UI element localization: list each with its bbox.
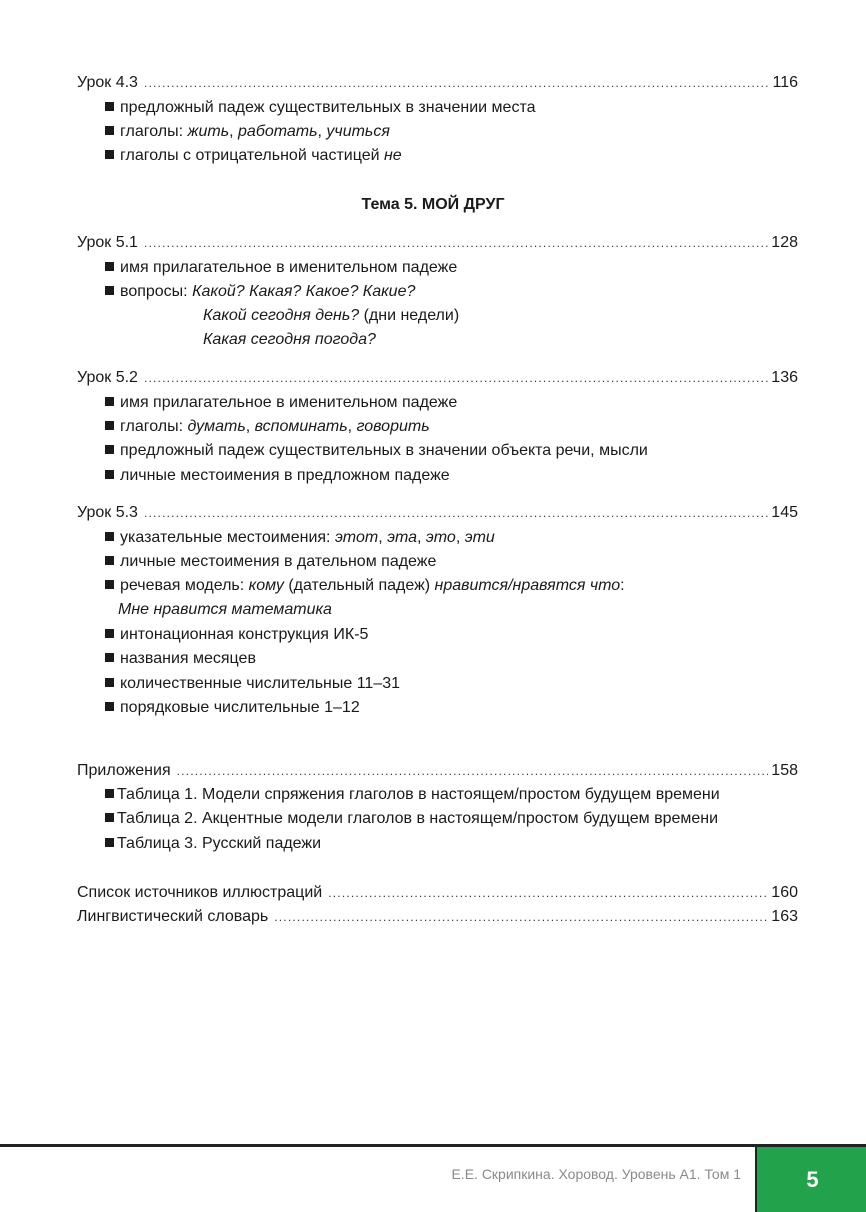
leader-dots: [144, 71, 770, 95]
list-item: глаголы с отрицательной частицей не: [77, 144, 826, 168]
square-bullet-icon: [105, 470, 114, 479]
list-item: личные местоимения в предложном падеже: [77, 464, 826, 488]
square-bullet-icon: [105, 397, 114, 406]
square-bullet-icon: [105, 445, 114, 454]
square-bullet-icon: [105, 150, 114, 159]
square-bullet-icon: [105, 532, 114, 541]
list-item: интонационная конструкция ИК-5: [77, 623, 826, 647]
square-bullet-icon: [105, 556, 114, 565]
toc-page-number: 116: [769, 71, 798, 95]
square-bullet-icon: [105, 838, 114, 847]
square-bullet-icon: [105, 789, 114, 798]
toc-entry-label: Лингвистический словарь: [77, 905, 274, 929]
page-number-badge: 5: [755, 1147, 866, 1212]
list-item: вопросы: Какой? Какая? Какое? Какие?: [77, 280, 826, 304]
square-bullet-icon: [105, 102, 114, 111]
square-bullet-icon: [105, 653, 114, 662]
list-item: предложный падеж существительных в значе…: [77, 96, 826, 120]
list-item: количественные числительные 11–31: [77, 672, 826, 696]
leader-dots: [274, 905, 768, 929]
list-item: Таблица 2. Акцентные модели глаголов в н…: [77, 807, 826, 831]
toc-page-number: 158: [768, 759, 798, 783]
list-item: имя прилагательное в именительном падеже: [77, 391, 826, 415]
list-item: глаголы: жить, работать, учиться: [77, 120, 826, 144]
square-bullet-icon: [105, 702, 114, 711]
square-bullet-icon: [105, 262, 114, 271]
toc-entry-lesson-4-3[interactable]: Урок 4.3 116: [77, 71, 798, 95]
list-item: названия месяцев: [77, 647, 826, 671]
toc-page-number: 128: [768, 231, 798, 255]
list-item: Таблица 1. Модели спряжения глаголов в н…: [77, 783, 826, 807]
footer-book-title: Е.Е. Скрипкина. Хоровод. Уровень А1. Том…: [451, 1164, 741, 1184]
footer-divider: [0, 1144, 866, 1147]
list-item-continuation: Мне нравится математика: [77, 598, 839, 622]
square-bullet-icon: [105, 629, 114, 638]
list-item: имя прилагательное в именительном падеже: [77, 256, 826, 280]
toc-entry-dictionary[interactable]: Лингвистический словарь 163: [77, 905, 798, 929]
toc-entry-label: Урок 5.1: [77, 231, 144, 255]
list-item: порядковые числительные 1–12: [77, 696, 826, 720]
list-item: указательные местоимения: этот, эта, это…: [77, 526, 826, 550]
list-item: речевая модель: кому (дательный падеж) н…: [77, 574, 826, 598]
toc-page-number: 160: [768, 881, 798, 905]
list-item-continuation: Какая сегодня погода?: [77, 328, 866, 352]
leader-dots: [144, 501, 768, 525]
square-bullet-icon: [105, 286, 114, 295]
leader-dots: [144, 231, 768, 255]
square-bullet-icon: [105, 126, 114, 135]
toc-entry-label: Список источников иллюстраций: [77, 881, 328, 905]
toc-entry-lesson-5-1[interactable]: Урок 5.1 128: [77, 231, 798, 255]
section-heading: Тема 5. МОЙ ДРУГ: [0, 193, 866, 217]
list-item: Таблица 3. Русский падежи: [77, 832, 826, 856]
square-bullet-icon: [105, 813, 114, 822]
toc-entry-label: Урок 5.2: [77, 366, 144, 390]
toc-page-number: 163: [768, 905, 798, 929]
list-item: личные местоимения в дательном падеже: [77, 550, 826, 574]
toc-entry-label: Приложения: [77, 759, 177, 783]
toc-entry-label: Урок 4.3: [77, 71, 144, 95]
square-bullet-icon: [105, 421, 114, 430]
square-bullet-icon: [105, 580, 114, 589]
toc-entry-illustrations[interactable]: Список источников иллюстраций 160: [77, 881, 798, 905]
toc-entry-label: Урок 5.3: [77, 501, 144, 525]
toc-page-number: 136: [768, 366, 798, 390]
toc-entry-lesson-5-3[interactable]: Урок 5.3 145: [77, 501, 798, 525]
toc-entry-lesson-5-2[interactable]: Урок 5.2 136: [77, 366, 798, 390]
list-item: предложный падеж существительных в значе…: [77, 439, 826, 463]
toc-page-number: 145: [768, 501, 798, 525]
square-bullet-icon: [105, 678, 114, 687]
toc-entry-appendix[interactable]: Приложения 158: [77, 759, 798, 783]
list-item: глаголы: думать, вспоминать, говорить: [77, 415, 826, 439]
table-of-contents-page: Урок 4.3 116 предложный падеж существите…: [0, 0, 866, 1212]
leader-dots: [144, 366, 768, 390]
leader-dots: [328, 881, 768, 905]
list-item-continuation: Какой сегодня день? (дни недели): [77, 304, 866, 328]
leader-dots: [177, 759, 769, 783]
